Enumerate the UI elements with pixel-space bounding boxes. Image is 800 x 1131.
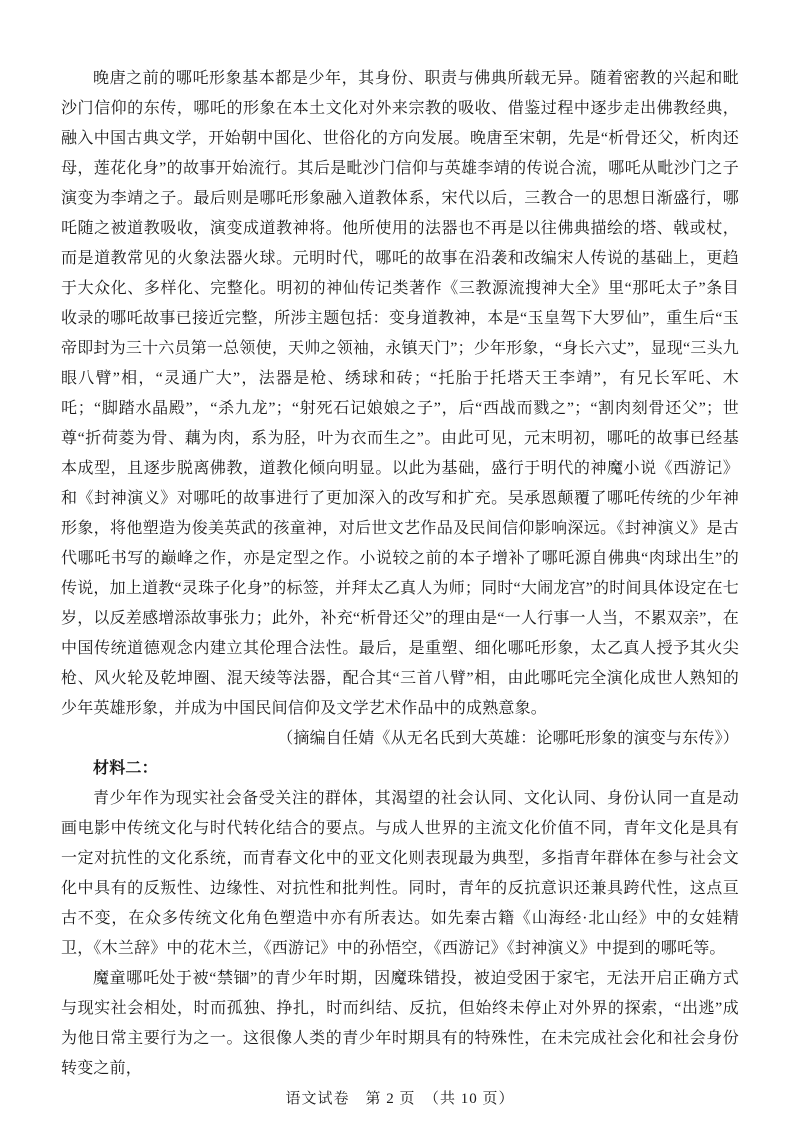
material-two-heading: 材料二： xyxy=(61,754,739,784)
material-two-paragraph-2: 魔童哪吒处于被“禁锢”的青少年时期，因魔珠错投，被迫受困于家宅，无法开启正确方式… xyxy=(61,964,739,1084)
material-one-citation: （摘编自任婧《从无名氏到大英雄：论哪吒形象的演变与东传》） xyxy=(61,724,739,754)
material-one-paragraph: 晚唐之前的哪吒形象基本都是少年，其身份、职责与佛典所载无异。随着密教的兴起和毗沙… xyxy=(61,64,739,724)
page-body: 晚唐之前的哪吒形象基本都是少年，其身份、职责与佛典所载无异。随着密教的兴起和毗沙… xyxy=(61,64,739,1114)
exam-paper-page: 晚唐之前的哪吒形象基本都是少年，其身份、职责与佛典所载无异。随着密教的兴起和毗沙… xyxy=(0,0,800,1131)
material-two-paragraph-1: 青少年作为现实社会备受关注的群体，其渴望的社会认同、文化认同、身份认同一直是动画… xyxy=(61,784,739,964)
page-footer: 语文试卷 第 2 页 （共 10 页） xyxy=(61,1084,739,1114)
